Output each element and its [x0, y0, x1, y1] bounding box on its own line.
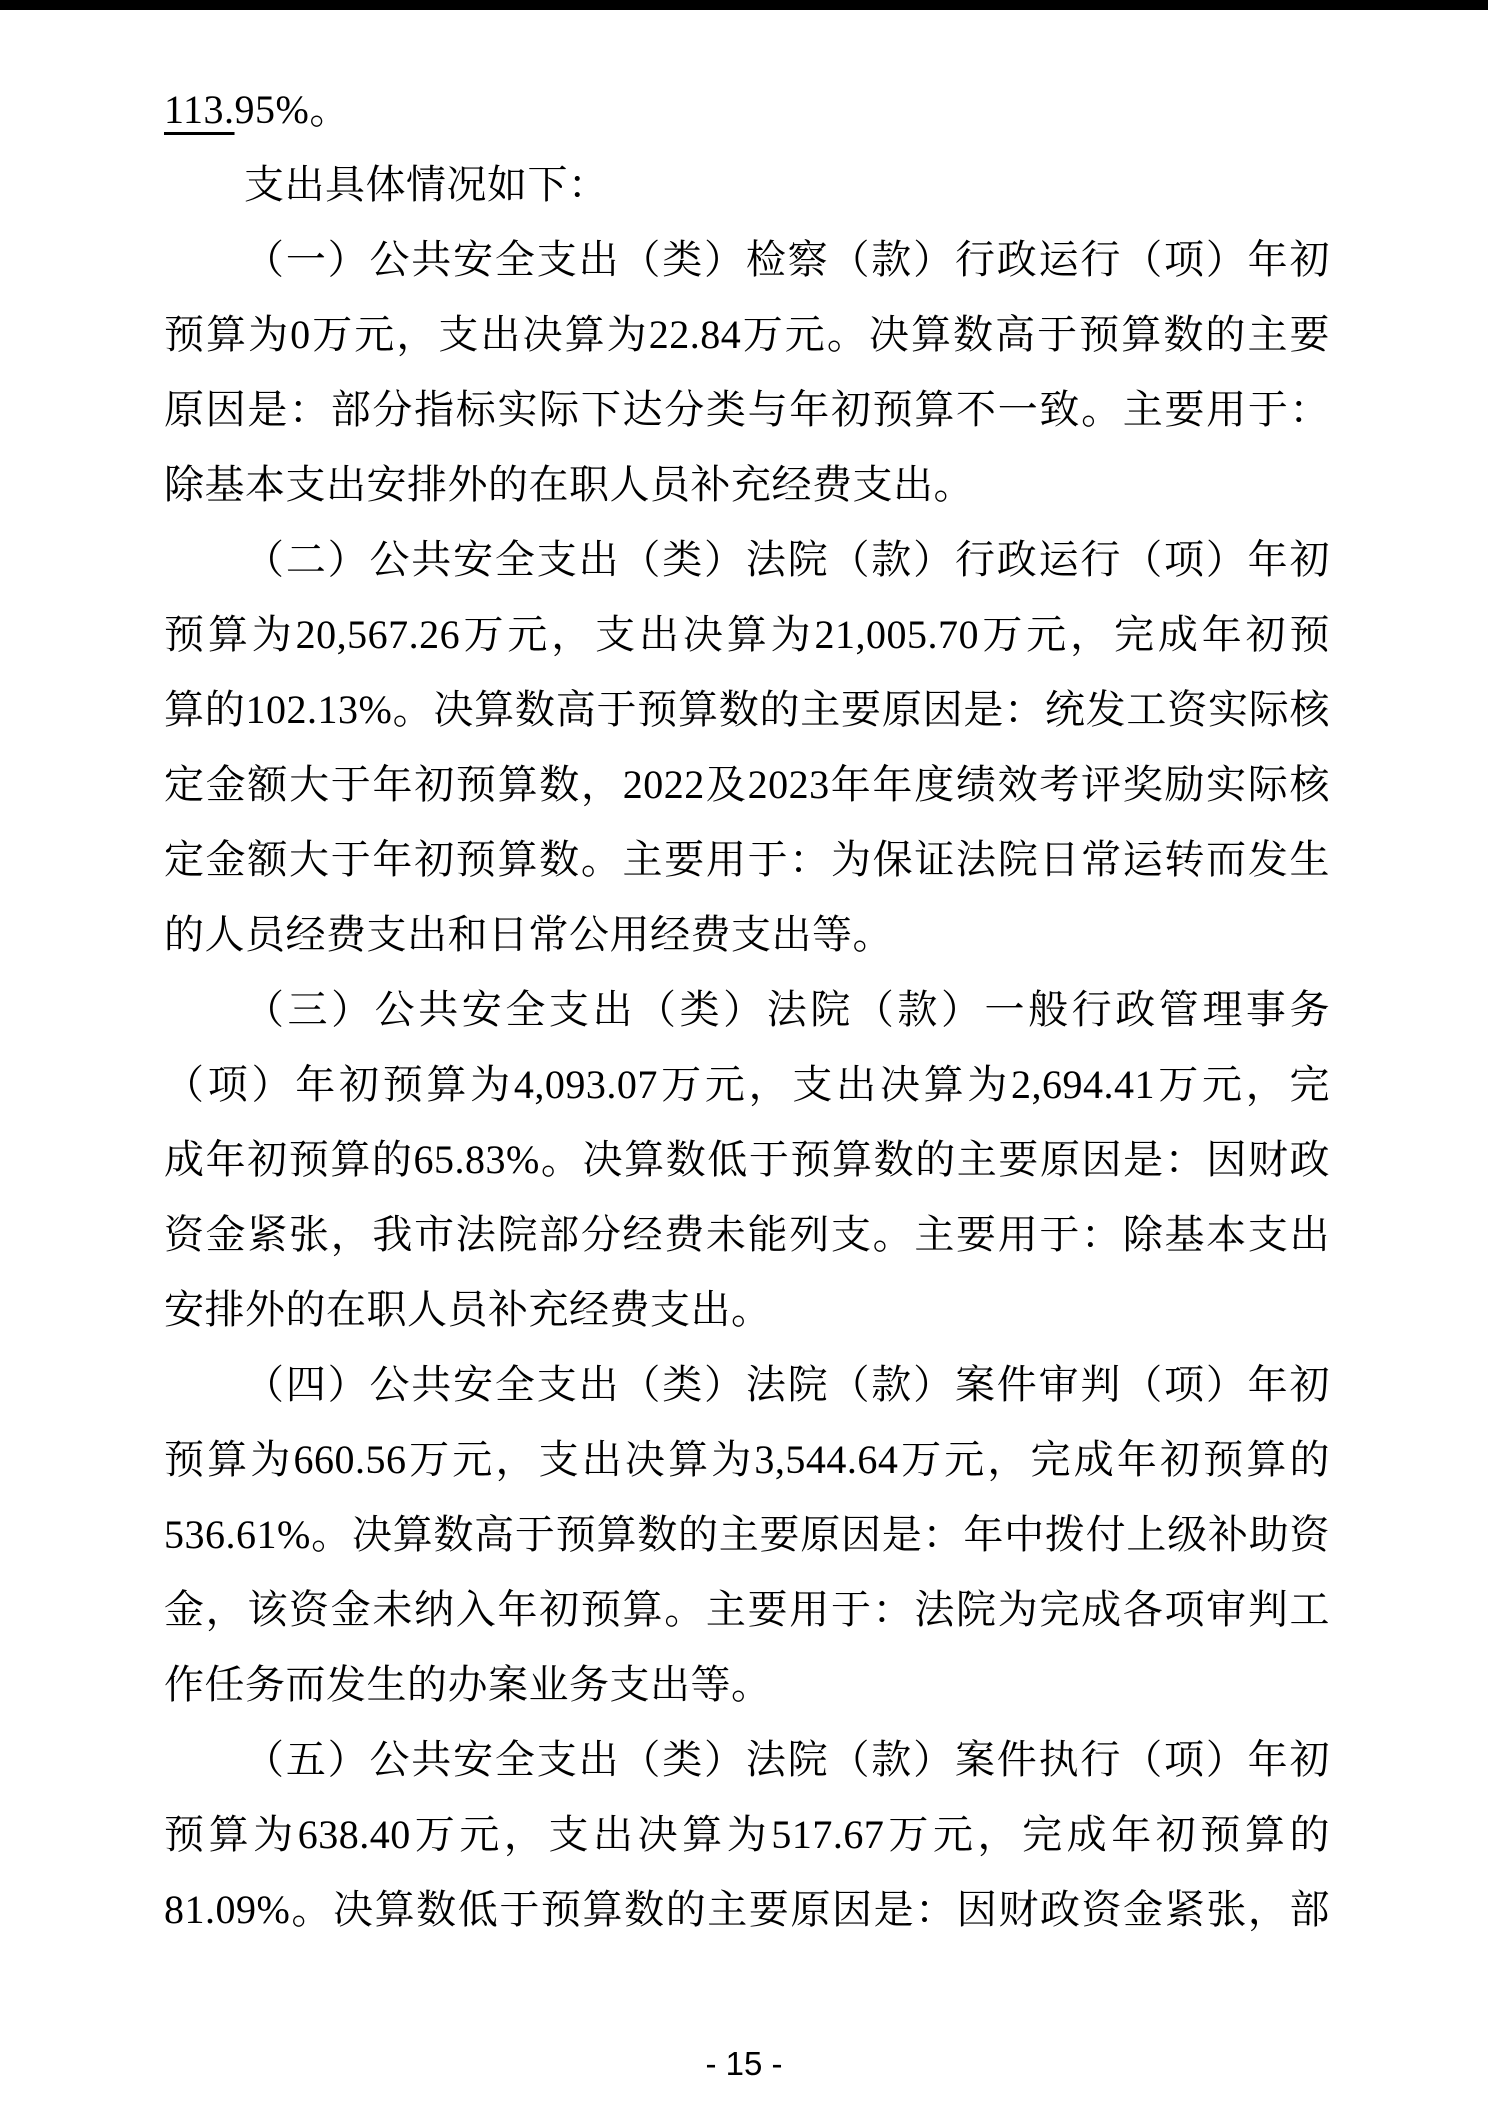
document-page: 113.95%。 支出具体情况如下： （一）公共安全支出（类）检察（款）行政运行…: [0, 0, 1488, 2104]
text-line: 资金紧张，我市法院部分经费未能列支。主要用于：除基本支出: [164, 1197, 1330, 1272]
text-line: （项）年初预算为4,093.07万元，支出决算为2,694.41万元，完: [164, 1047, 1330, 1122]
text-line: 支出具体情况如下：: [164, 147, 1330, 222]
text-line: 536.61%。决算数高于预算数的主要原因是：年中拨付上级补助资: [164, 1497, 1330, 1572]
text-line: （一）公共安全支出（类）检察（款）行政运行（项）年初: [164, 222, 1330, 297]
text-line: 81.09%。决算数低于预算数的主要原因是：因财政资金紧张，部: [164, 1872, 1330, 1947]
text-line: 预算为20,567.26万元，支出决算为21,005.70万元，完成年初预: [164, 597, 1330, 672]
text-line: 除基本支出安排外的在职人员补充经费支出。: [164, 447, 1330, 522]
page-number: - 15 -: [705, 2045, 782, 2082]
page-footer: - 15 -: [0, 2043, 1488, 2085]
text-line: （二）公共安全支出（类）法院（款）行政运行（项）年初: [164, 522, 1330, 597]
text-line: 成年初预算的65.83%。决算数低于预算数的主要原因是：因财政: [164, 1122, 1330, 1197]
text-line: （三）公共安全支出（类）法院（款）一般行政管理事务: [164, 972, 1330, 1047]
text-line: 安排外的在职人员补充经费支出。: [164, 1272, 1330, 1347]
text-line: （四）公共安全支出（类）法院（款）案件审判（项）年初: [164, 1347, 1330, 1422]
underlined-percentage-value: 113.: [164, 87, 235, 132]
text-line: （五）公共安全支出（类）法院（款）案件执行（项）年初: [164, 1722, 1330, 1797]
text-line: 预算为638.40万元，支出决算为517.67万元，完成年初预算的: [164, 1797, 1330, 1872]
text-line: 定金额大于年初预算数，2022及2023年年度绩效考评奖励实际核: [164, 747, 1330, 822]
percentage-value-rest: 95%。: [235, 87, 350, 132]
page-body: 113.95%。 支出具体情况如下： （一）公共安全支出（类）检察（款）行政运行…: [0, 10, 1488, 1947]
scan-edge-bar: [0, 0, 1488, 10]
text-line: 预算为660.56万元，支出决算为3,544.64万元，完成年初预算的: [164, 1422, 1330, 1497]
text-line: 定金额大于年初预算数。主要用于：为保证法院日常运转而发生: [164, 822, 1330, 897]
text-line: 113.95%。: [164, 72, 1330, 147]
text-line: 算的102.13%。决算数高于预算数的主要原因是：统发工资实际核: [164, 672, 1330, 747]
text-line: 金，该资金未纳入年初预算。主要用于：法院为完成各项审判工: [164, 1572, 1330, 1647]
text-line: 作任务而发生的办案业务支出等。: [164, 1647, 1330, 1722]
text-line: 的人员经费支出和日常公用经费支出等。: [164, 897, 1330, 972]
text-line: 预算为0万元，支出决算为22.84万元。决算数高于预算数的主要: [164, 297, 1330, 372]
text-line: 原因是：部分指标实际下达分类与年初预算不一致。主要用于：: [164, 372, 1330, 447]
